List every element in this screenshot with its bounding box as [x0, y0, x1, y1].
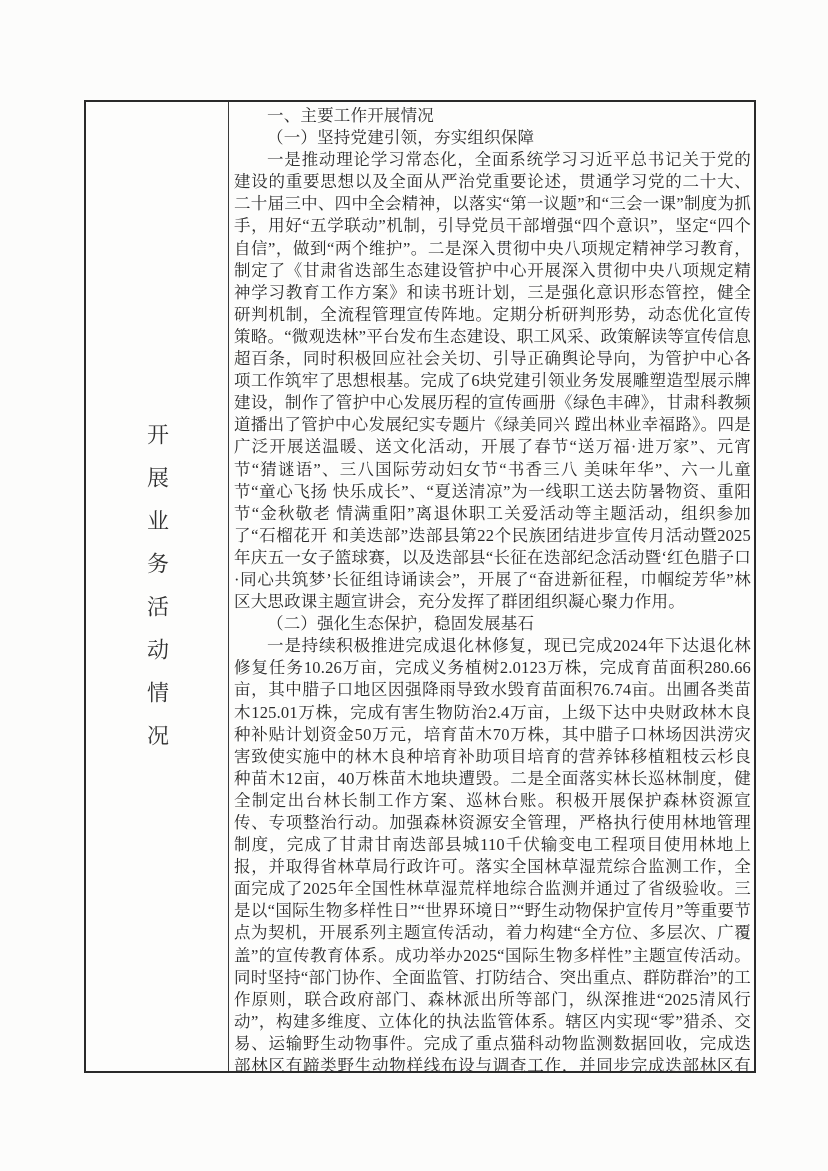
report-content-cell: 一、主要工作开展情况 （一）坚持党建引领，夯实组织保障 一是推动理论学习常态化，…	[229, 102, 754, 1071]
scanned-report-page: 开展业务活动情况 一、主要工作开展情况 （一）坚持党建引领，夯实组织保障 一是推…	[0, 0, 828, 1171]
row-header-cell: 开展业务活动情况	[86, 102, 229, 1071]
paragraph-main-heading: 一、主要工作开展情况	[234, 105, 751, 127]
paragraph-section-2-heading: （二）强化生态保护，稳固发展基石	[234, 613, 751, 635]
paragraph-section-1-body: 一是推动理论学习常态化，全面系统学习习近平总书记关于党的建设的重要思想以及全面从…	[234, 149, 751, 613]
paragraph-section-2-body: 一是持续积极推进完成退化林修复，现已完成2024年下达退化林修复任务10.26万…	[234, 635, 751, 1071]
row-header-label: 开展业务活动情况	[142, 423, 173, 767]
paragraph-section-1-heading: （一）坚持党建引领，夯实组织保障	[234, 127, 751, 149]
report-table: 开展业务活动情况 一、主要工作开展情况 （一）坚持党建引领，夯实组织保障 一是推…	[84, 100, 756, 1073]
